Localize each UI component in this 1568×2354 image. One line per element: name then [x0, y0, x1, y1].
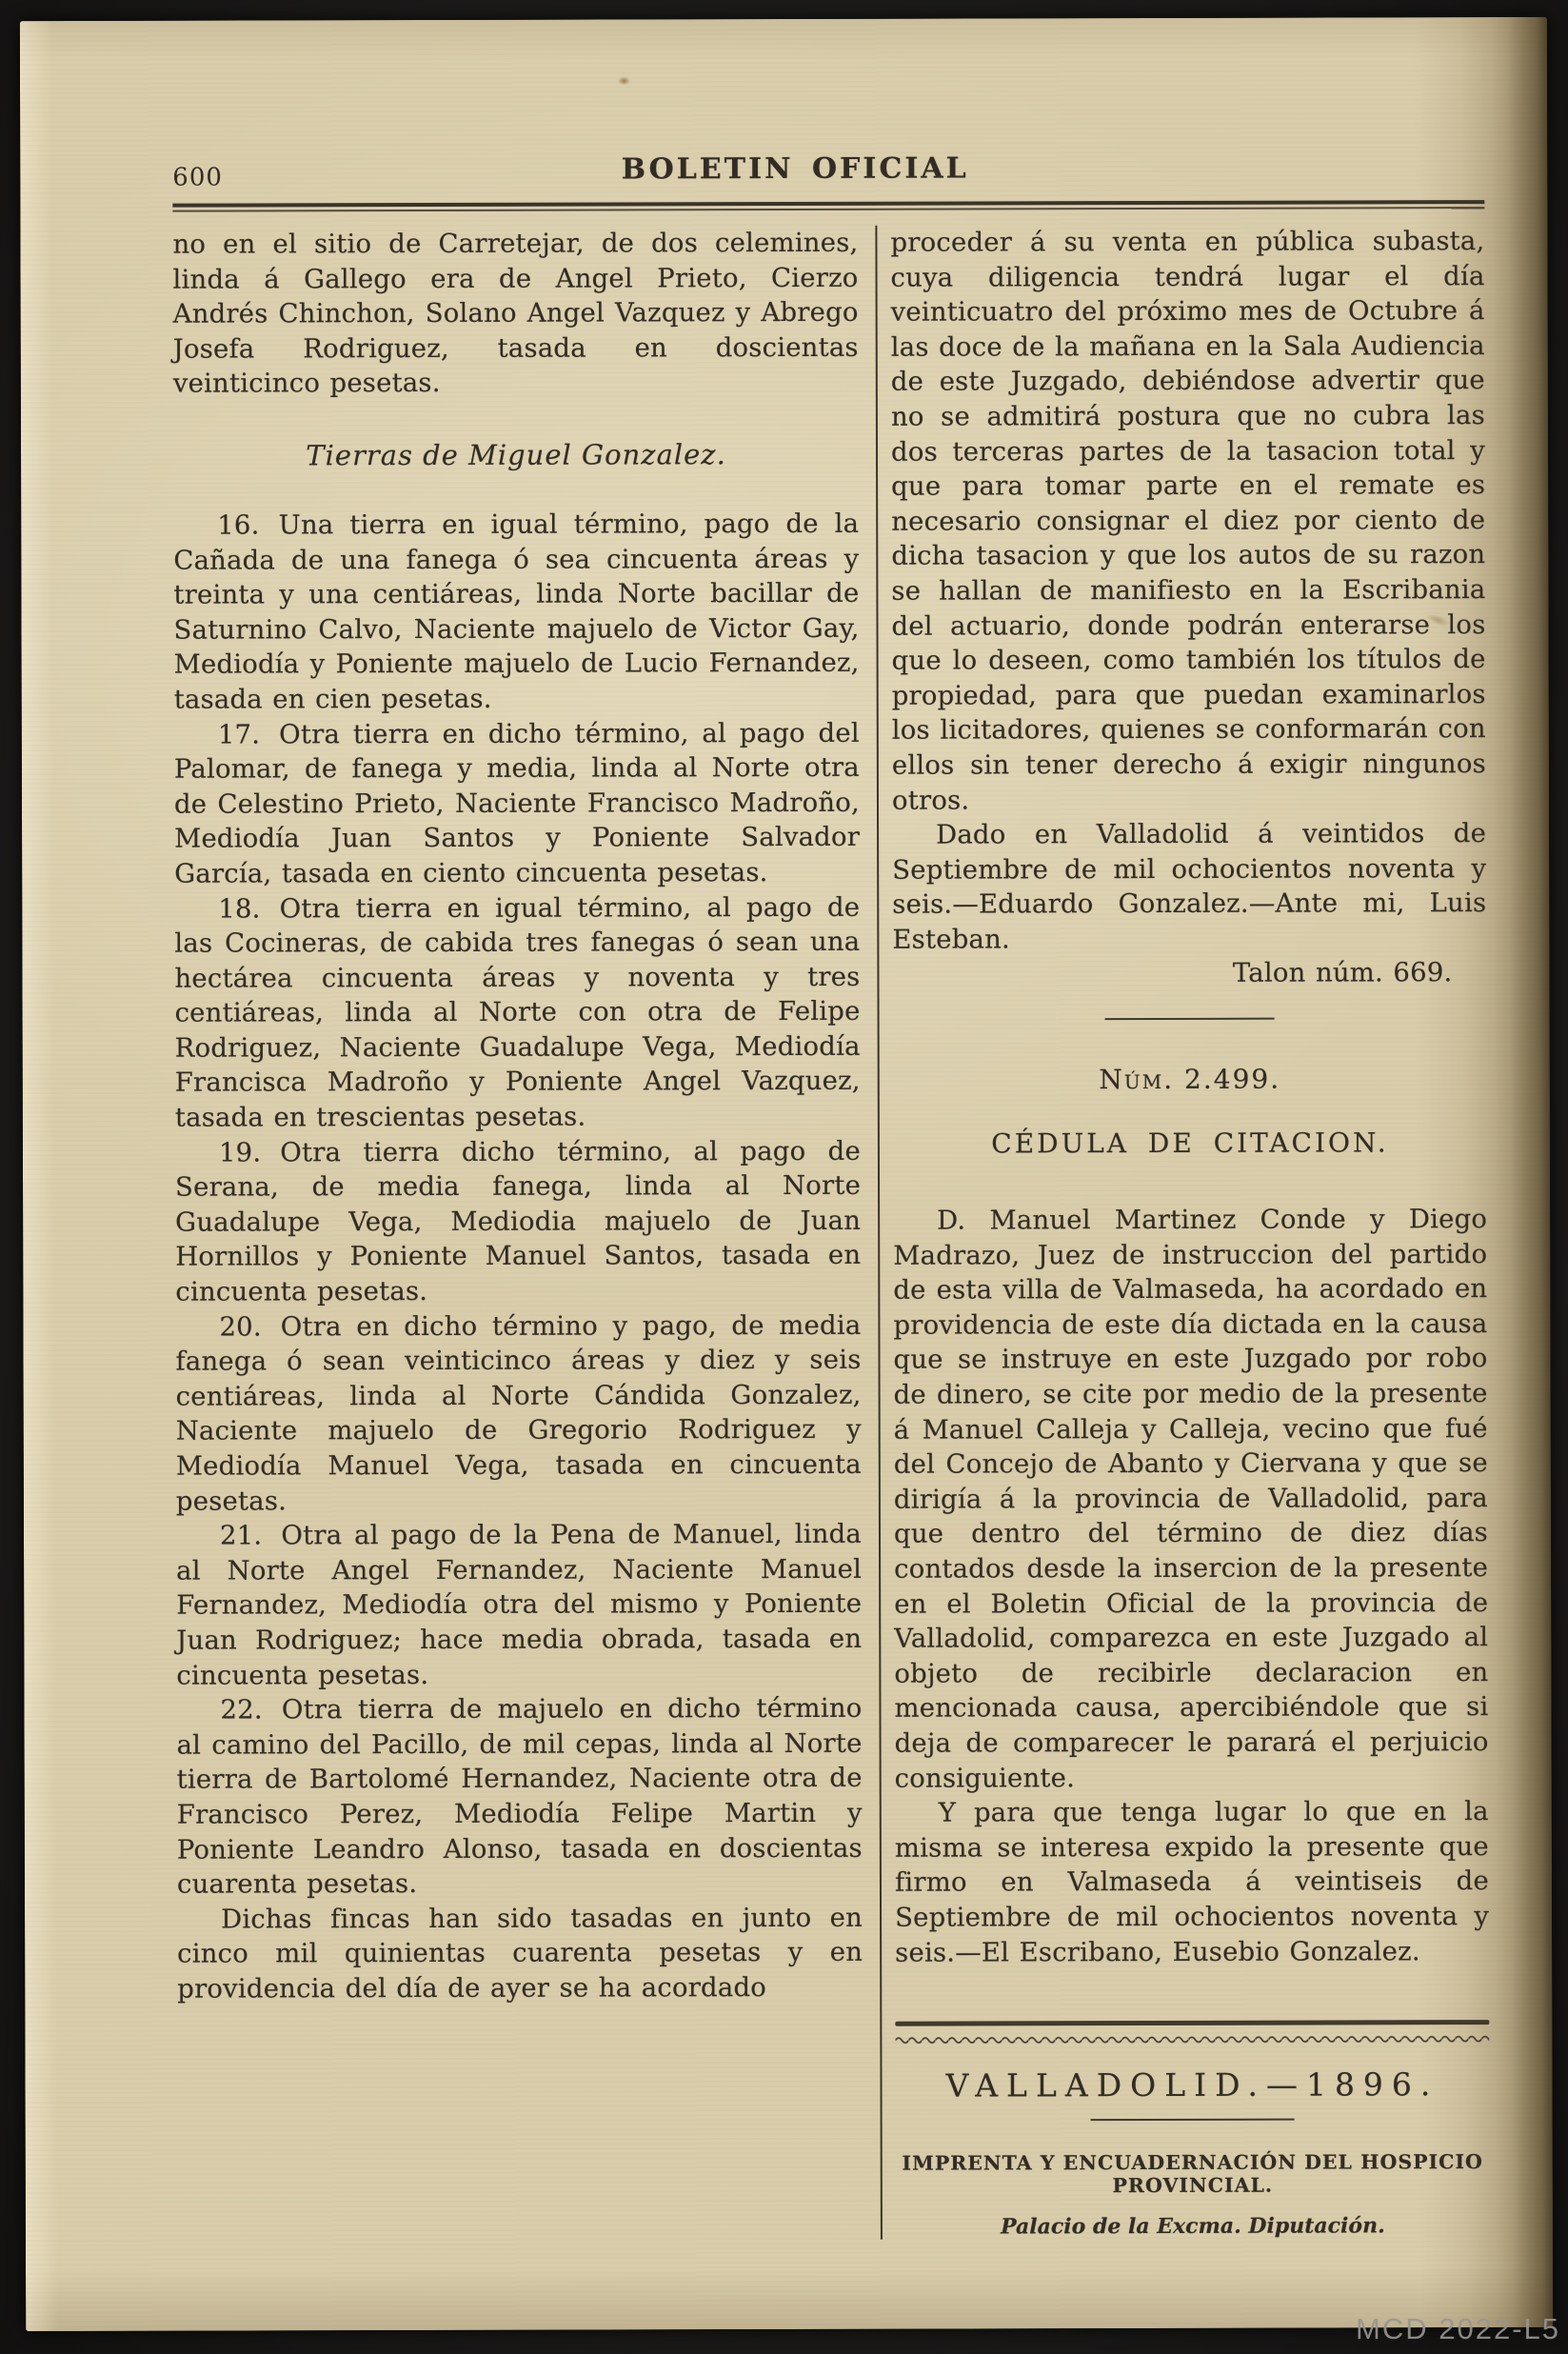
scanned-page-background: { "colors": { "paper": "#d9cdab", "ink":…: [0, 0, 1568, 2354]
footer-thick-rule: [895, 2020, 1489, 2026]
item-text: Otra tierra de majuelo en dicho término …: [177, 1693, 863, 1900]
section-separator-rule: [1105, 1018, 1275, 1020]
item-text: Otra al pago de la Pena de Manuel, linda…: [176, 1519, 862, 1690]
header-double-rule: [172, 200, 1484, 212]
imprint-separator-rule: [1091, 2119, 1295, 2122]
land-item: 20.Otra en dicho término y pago, de medi…: [175, 1307, 862, 1518]
watermark-text: MCD 2022-L5: [1356, 2312, 1560, 2346]
land-item: 21.Otra al pago de la Pena de Manuel, li…: [176, 1517, 862, 1693]
imprint-address-line: Palacio de la Excma. Diputación.: [896, 2213, 1490, 2240]
item-text: Otra tierra dicho término, al pago de Se…: [175, 1135, 861, 1307]
cedula-body: D. Manuel Martinez Conde y Diego Madrazo…: [893, 1202, 1489, 1796]
notice-title: CÉDULA DE CITACION.: [893, 1127, 1487, 1160]
item-number: 20.: [219, 1311, 261, 1342]
land-item: 18.Otra tierra en igual término, al pago…: [174, 889, 861, 1135]
land-item: 19.Otra tierra dicho término, al pago de…: [175, 1133, 861, 1309]
land-item: 22.Otra tierra de majuelo en dicho térmi…: [176, 1691, 863, 1902]
item-number: 19.: [219, 1137, 261, 1167]
scanned-paper-sheet: 600 BOLETIN OFICIAL no en el sitio de Ca…: [20, 17, 1553, 2331]
footer-wavy-rule: [895, 2033, 1489, 2046]
left-column: no en el sitio de Carretejar, de dos cel…: [172, 226, 881, 2242]
two-column-body: no en el sitio de Carretejar, de dos cel…: [172, 224, 1490, 2242]
item-number: 16.: [217, 509, 259, 540]
paper-stain: [618, 76, 630, 85]
closing-paragraph: Dichas fincas han sido tasadas en junto …: [177, 1901, 863, 2007]
imprint-place-year: VALLADOLID.—1896.: [895, 2065, 1489, 2105]
paragraph-continuation: proceder á su venta en pública subasta, …: [890, 224, 1486, 818]
item-text: Otra tierra en igual término, al pago de…: [174, 891, 860, 1132]
item-number: 21.: [220, 1521, 262, 1551]
page-header: 600 BOLETIN OFICIAL: [172, 150, 1484, 198]
notice-number: Núm. 2.499.: [893, 1063, 1487, 1096]
section-heading: Tierras de Miguel Gonzalez.: [173, 438, 859, 472]
imprint-printer-line: IMPRENTA Y ENCUADERNACIÓN DEL HOSPICIO P…: [896, 2150, 1490, 2198]
item-text: Una tierra en igual término, pago de la …: [173, 509, 859, 715]
item-number: 18.: [218, 893, 260, 924]
land-item: 16.Una tierra en igual término, pago de …: [173, 507, 860, 717]
cedula-closing: Y para que tenga lugar lo que en la mism…: [895, 1794, 1489, 1970]
page-curve-shadow: [1459, 17, 1553, 2327]
talon-number: Talon núm. 669.: [892, 956, 1486, 992]
land-item: 17.Otra tierra en dicho término, al pago…: [174, 715, 860, 891]
item-text: Otra tierra en dicho término, al pago de…: [174, 717, 860, 888]
paragraph-continuation: no en el sitio de Carretejar, de dos cel…: [172, 226, 858, 402]
item-number: 22.: [220, 1695, 262, 1726]
page-number: 600: [172, 164, 223, 192]
item-text: Otra en dicho término y pago, de media f…: [175, 1309, 861, 1516]
item-number: 17.: [218, 719, 260, 749]
dado-paragraph: Dado en Valladolid á veintidos de Septie…: [892, 816, 1486, 957]
masthead-title: BOLETIN OFICIAL: [172, 150, 1484, 188]
right-column: proceder á su venta en pública subasta, …: [877, 224, 1490, 2240]
page-content: 600 BOLETIN OFICIAL no en el sitio de Ca…: [172, 150, 1490, 2242]
